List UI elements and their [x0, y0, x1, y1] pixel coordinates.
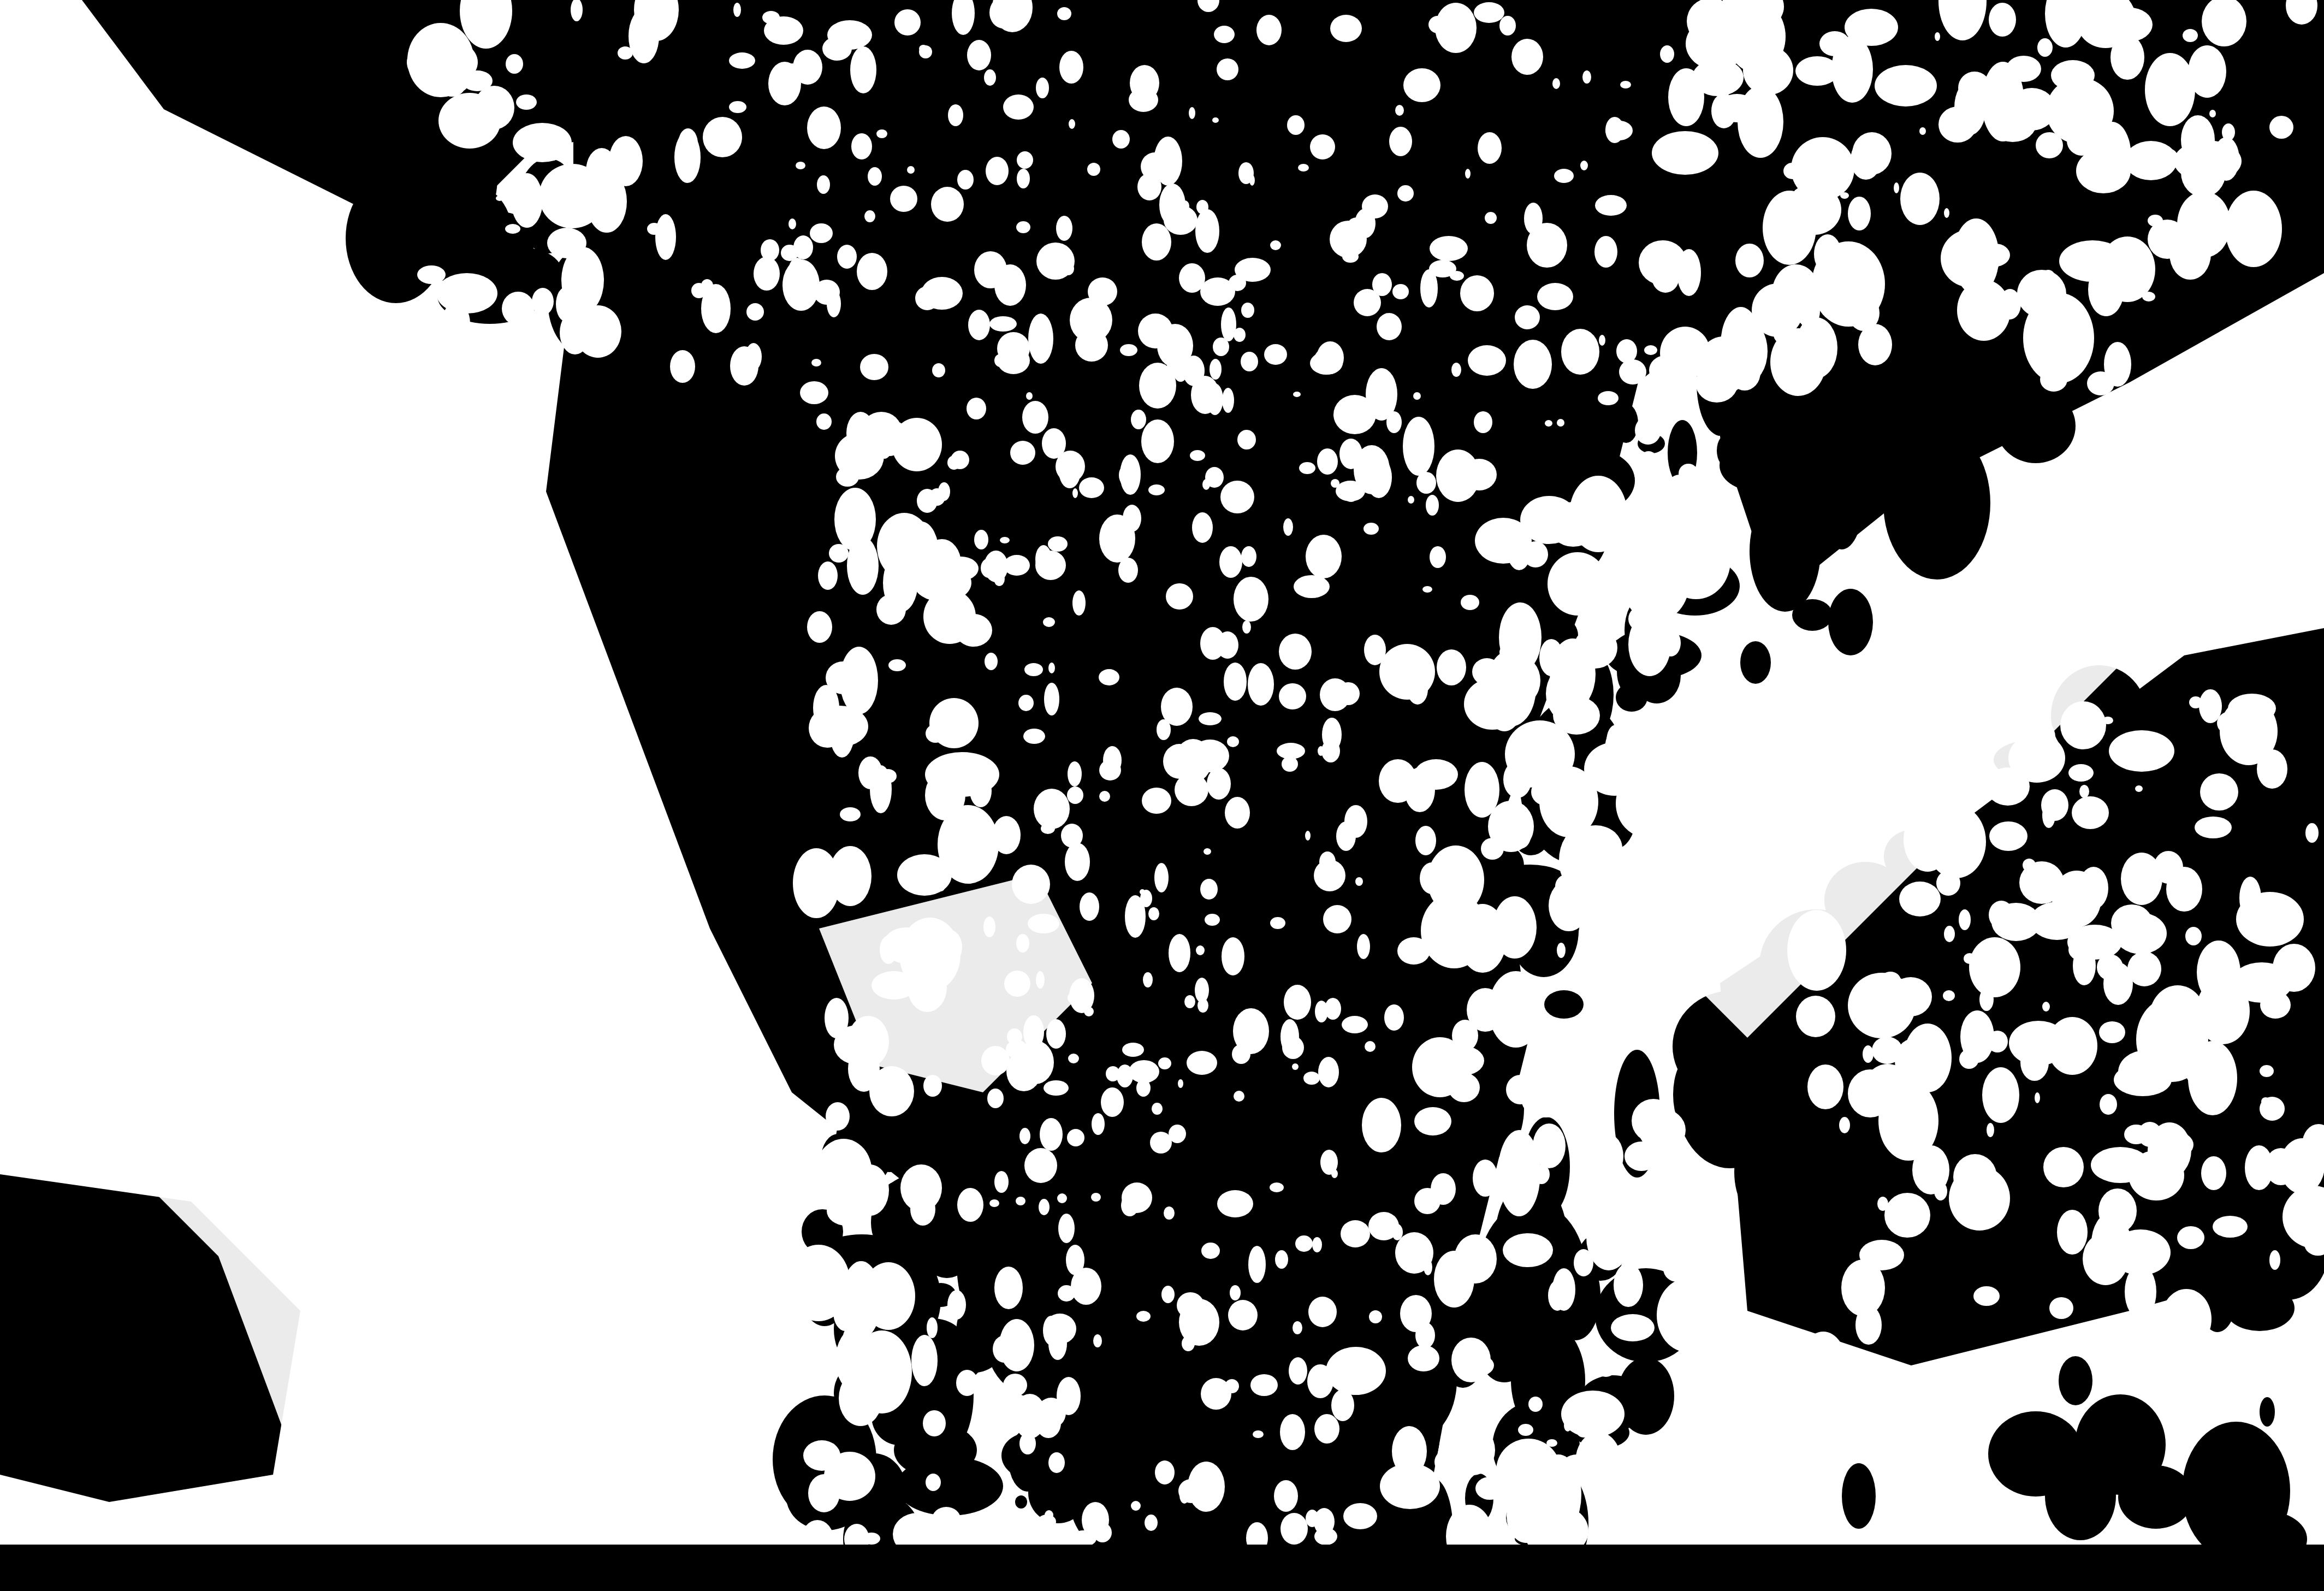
photo-frame	[0, 0, 2324, 1591]
foliage-texture	[0, 0, 2324, 1548]
foliage-photo	[0, 0, 2324, 1548]
bottom-black-band	[0, 1545, 2324, 1591]
